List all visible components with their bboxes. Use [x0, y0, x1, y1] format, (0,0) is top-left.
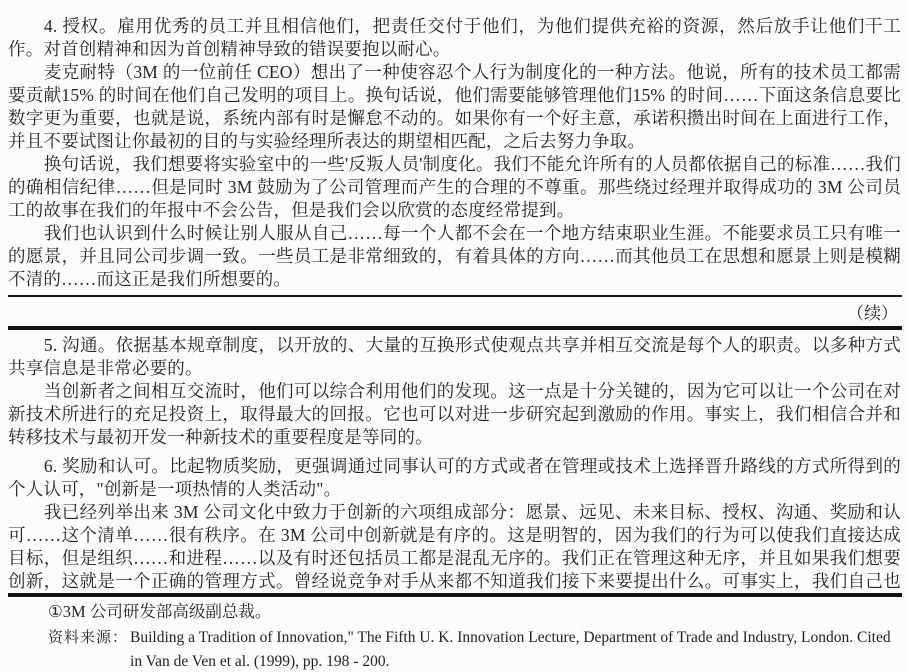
paragraph-rebels: 换句话说，我们想要将实验室中的一些'反叛人员'制度化。我们不能允许所有的人员都依… [8, 153, 901, 222]
section-continued-from-previous: 4. 授权。雇用优秀的员工并且相信他们，把责任交付于他们，为他们提供充裕的资源，… [8, 15, 901, 295]
section-main: 5. 沟通。依据基本规章制度，以开放的、大量的互换形式使观点共享并相互交流是每个… [8, 334, 901, 593]
paragraph-mcknight-quote: 麦克耐特（3M 的一位前任 CEO）想出了一种使容忍个人行为制度化的一种方法。他… [8, 61, 901, 153]
divider-thick-bottom [8, 593, 902, 597]
footnote-1: ①3M 公司研发部高级副总裁。 [48, 599, 900, 624]
paragraph-vision-diversity: 我们也认识到什么时候让别人服从自己……每一个人都不会在一个地方结束职业生涯。不能… [8, 222, 901, 291]
paragraph-innovators-exchange: 当创新者之间相互交流时，他们可以综合利用他们的发现。这一点是十分关键的，因为它可… [8, 380, 901, 449]
source-text: Building a Tradition of Innovation," The… [128, 626, 900, 672]
source-citation: 资料来源： Building a Tradition of Innovation… [48, 626, 900, 672]
paragraph-5-communication: 5. 沟通。依据基本规章制度，以开放的、大量的互换形式使观点共享并相互交流是每个… [8, 334, 901, 380]
divider-thin [8, 295, 902, 297]
divider-thick-top [8, 326, 902, 330]
paragraph-6-reward-recognition: 6. 奖励和认可。比起物质奖励，更强调通过同事认可的方式或者在管理或技术上选择晋… [8, 455, 901, 501]
paragraph-4-empowerment: 4. 授权。雇用优秀的员工并且相信他们，把责任交付于他们，为他们提供充裕的资源，… [8, 15, 901, 61]
paragraph-six-components-summary: 我已经列举出来 3M 公司文化中致力于创新的六项组成部分：愿景、远见、未来目标、… [8, 501, 901, 593]
continued-marker: （续） [847, 303, 898, 325]
footnote-area: ①3M 公司研发部高级副总裁。 资料来源： Building a Traditi… [48, 599, 900, 672]
document-page: 4. 授权。雇用优秀的员工并且相信他们，把责任交付于他们，为他们提供充裕的资源，… [0, 0, 908, 672]
source-label: 资料来源： [48, 626, 128, 672]
